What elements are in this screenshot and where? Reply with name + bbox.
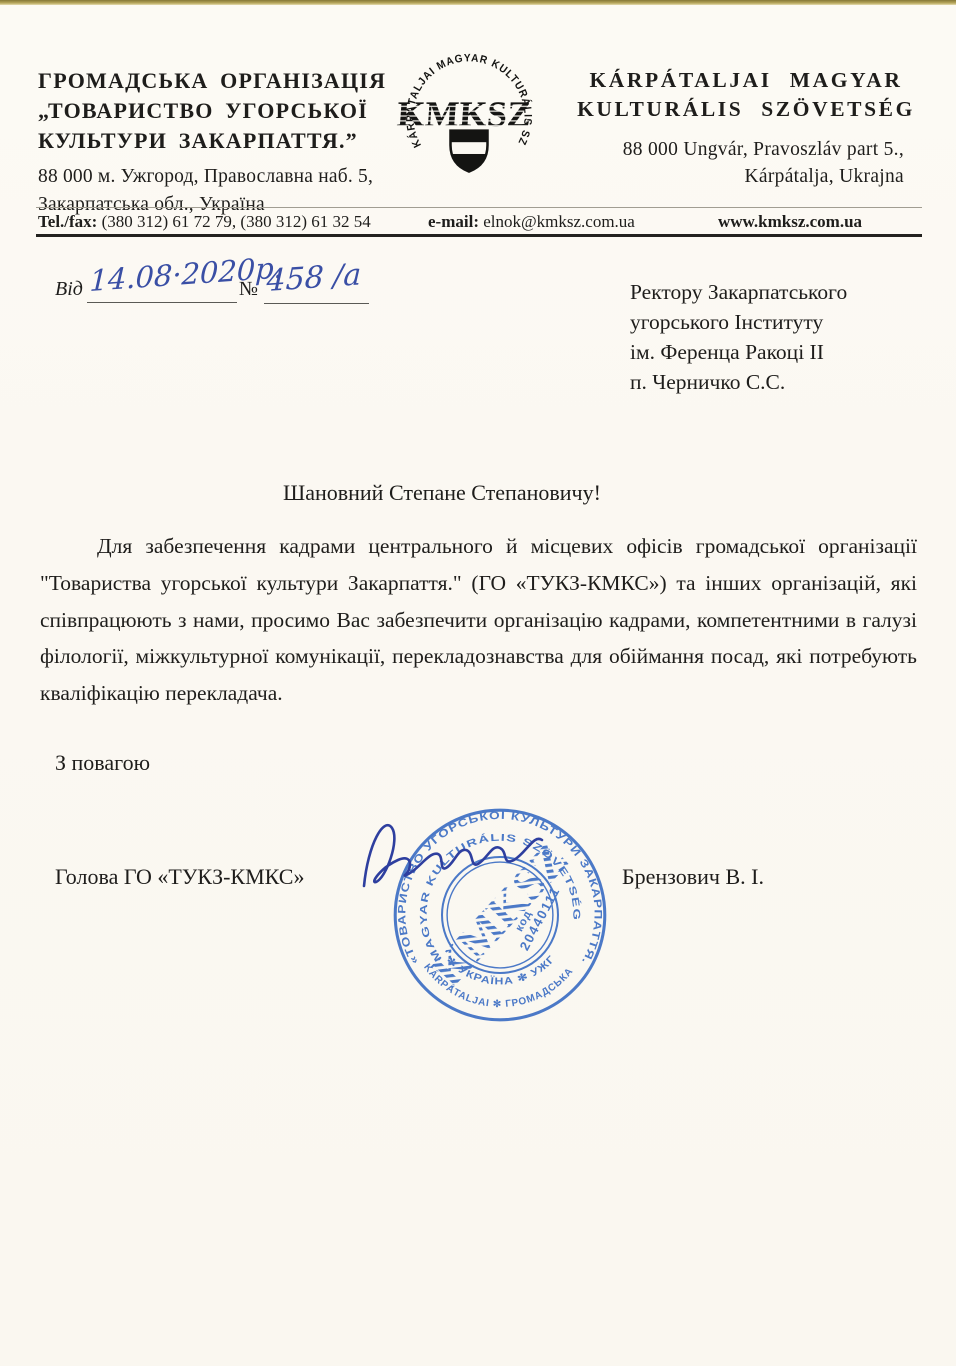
logo-acronym: KMKSZ xyxy=(396,94,533,134)
signature-ink-path xyxy=(364,825,542,886)
recipient-block: Ректору Закарпатського угорського Інстит… xyxy=(630,277,847,397)
recipient-line: п. Черничко С.С. xyxy=(630,367,847,397)
address-line: Kárpátalja, Ukrajna xyxy=(566,163,926,190)
signature-title: Голова ГО «ТУКЗ-КМКС» xyxy=(55,864,304,890)
signature-name: Брензович В. І. xyxy=(622,864,764,890)
org-address-hu: 88 000 Ungvár, Pravoszláv part 5., Kárpá… xyxy=(566,136,926,190)
number-field: 458 /а xyxy=(264,268,369,304)
header-divider-thin xyxy=(36,207,922,208)
org-name-line: ГРОМАДСЬКА ОРГАНІЗАЦІЯ xyxy=(38,66,410,96)
org-header-ukrainian: ГРОМАДСЬКА ОРГАНІЗАЦІЯ „ТОВАРИСТВО УГОРС… xyxy=(38,66,410,218)
scan-top-edge xyxy=(0,0,956,5)
address-line: 88 000 м. Ужгород, Православна наб. 5, xyxy=(38,164,410,190)
org-name-line: KÁRPÁTALJAI MAGYAR xyxy=(566,66,926,95)
recipient-line: угорського Інституту xyxy=(630,307,847,337)
closing: З повагою xyxy=(55,750,150,776)
address-line: 88 000 Ungvár, Pravoszláv part 5., xyxy=(566,136,926,163)
email-value: elnok@kmksz.com.ua xyxy=(479,212,635,231)
email-label: e-mail: xyxy=(428,212,479,231)
website: www.kmksz.com.ua xyxy=(718,212,862,232)
tel-fax-label: Tel./fax: xyxy=(38,212,97,231)
recipient-line: Ректору Закарпатського xyxy=(630,277,847,307)
org-name-line: KULTURÁLIS SZÖVETSÉG xyxy=(566,95,926,124)
contact-row: Tel./fax: (380 312) 61 72 79, (380 312) … xyxy=(0,210,956,234)
salutation: Шановний Степане Степановичу! xyxy=(283,480,601,506)
letter-body: Для забезпечення кадрами центрального й … xyxy=(40,528,917,712)
org-name-line: КУЛЬТУРИ ЗАКАРПАТТЯ.” xyxy=(38,126,410,156)
kmksz-logo-icon: KÁRPÁTALJAI MAGYAR KULTURÁLIS SZÖVETSÉG … xyxy=(396,44,542,190)
recipient-line: ім. Ференца Ракоці II xyxy=(630,337,847,367)
letter-page: ГРОМАДСЬКА ОРГАНІЗАЦІЯ „ТОВАРИСТВО УГОРС… xyxy=(0,0,956,1366)
tel-fax-value: (380 312) 61 72 79, (380 312) 61 32 54 xyxy=(97,212,370,231)
from-label: Від xyxy=(55,278,83,300)
tel-fax: Tel./fax: (380 312) 61 72 79, (380 312) … xyxy=(38,212,371,232)
date-field: 14.08·2020р. xyxy=(87,268,237,303)
logo-shield-bands xyxy=(449,129,490,176)
org-header-hungarian: KÁRPÁTALJAI MAGYAR KULTURÁLIS SZÖVETSÉG … xyxy=(566,66,926,190)
handwritten-number: 458 /а xyxy=(266,257,362,299)
org-name-line: „ТОВАРИСТВО УГОРСЬКОЇ xyxy=(38,96,410,126)
signature-scribble xyxy=(350,806,560,906)
reference-line: Від14.08·2020р.№458 /а xyxy=(55,268,369,314)
email: e-mail: elnok@kmksz.com.ua xyxy=(428,212,635,232)
header-divider-thick xyxy=(36,234,922,237)
